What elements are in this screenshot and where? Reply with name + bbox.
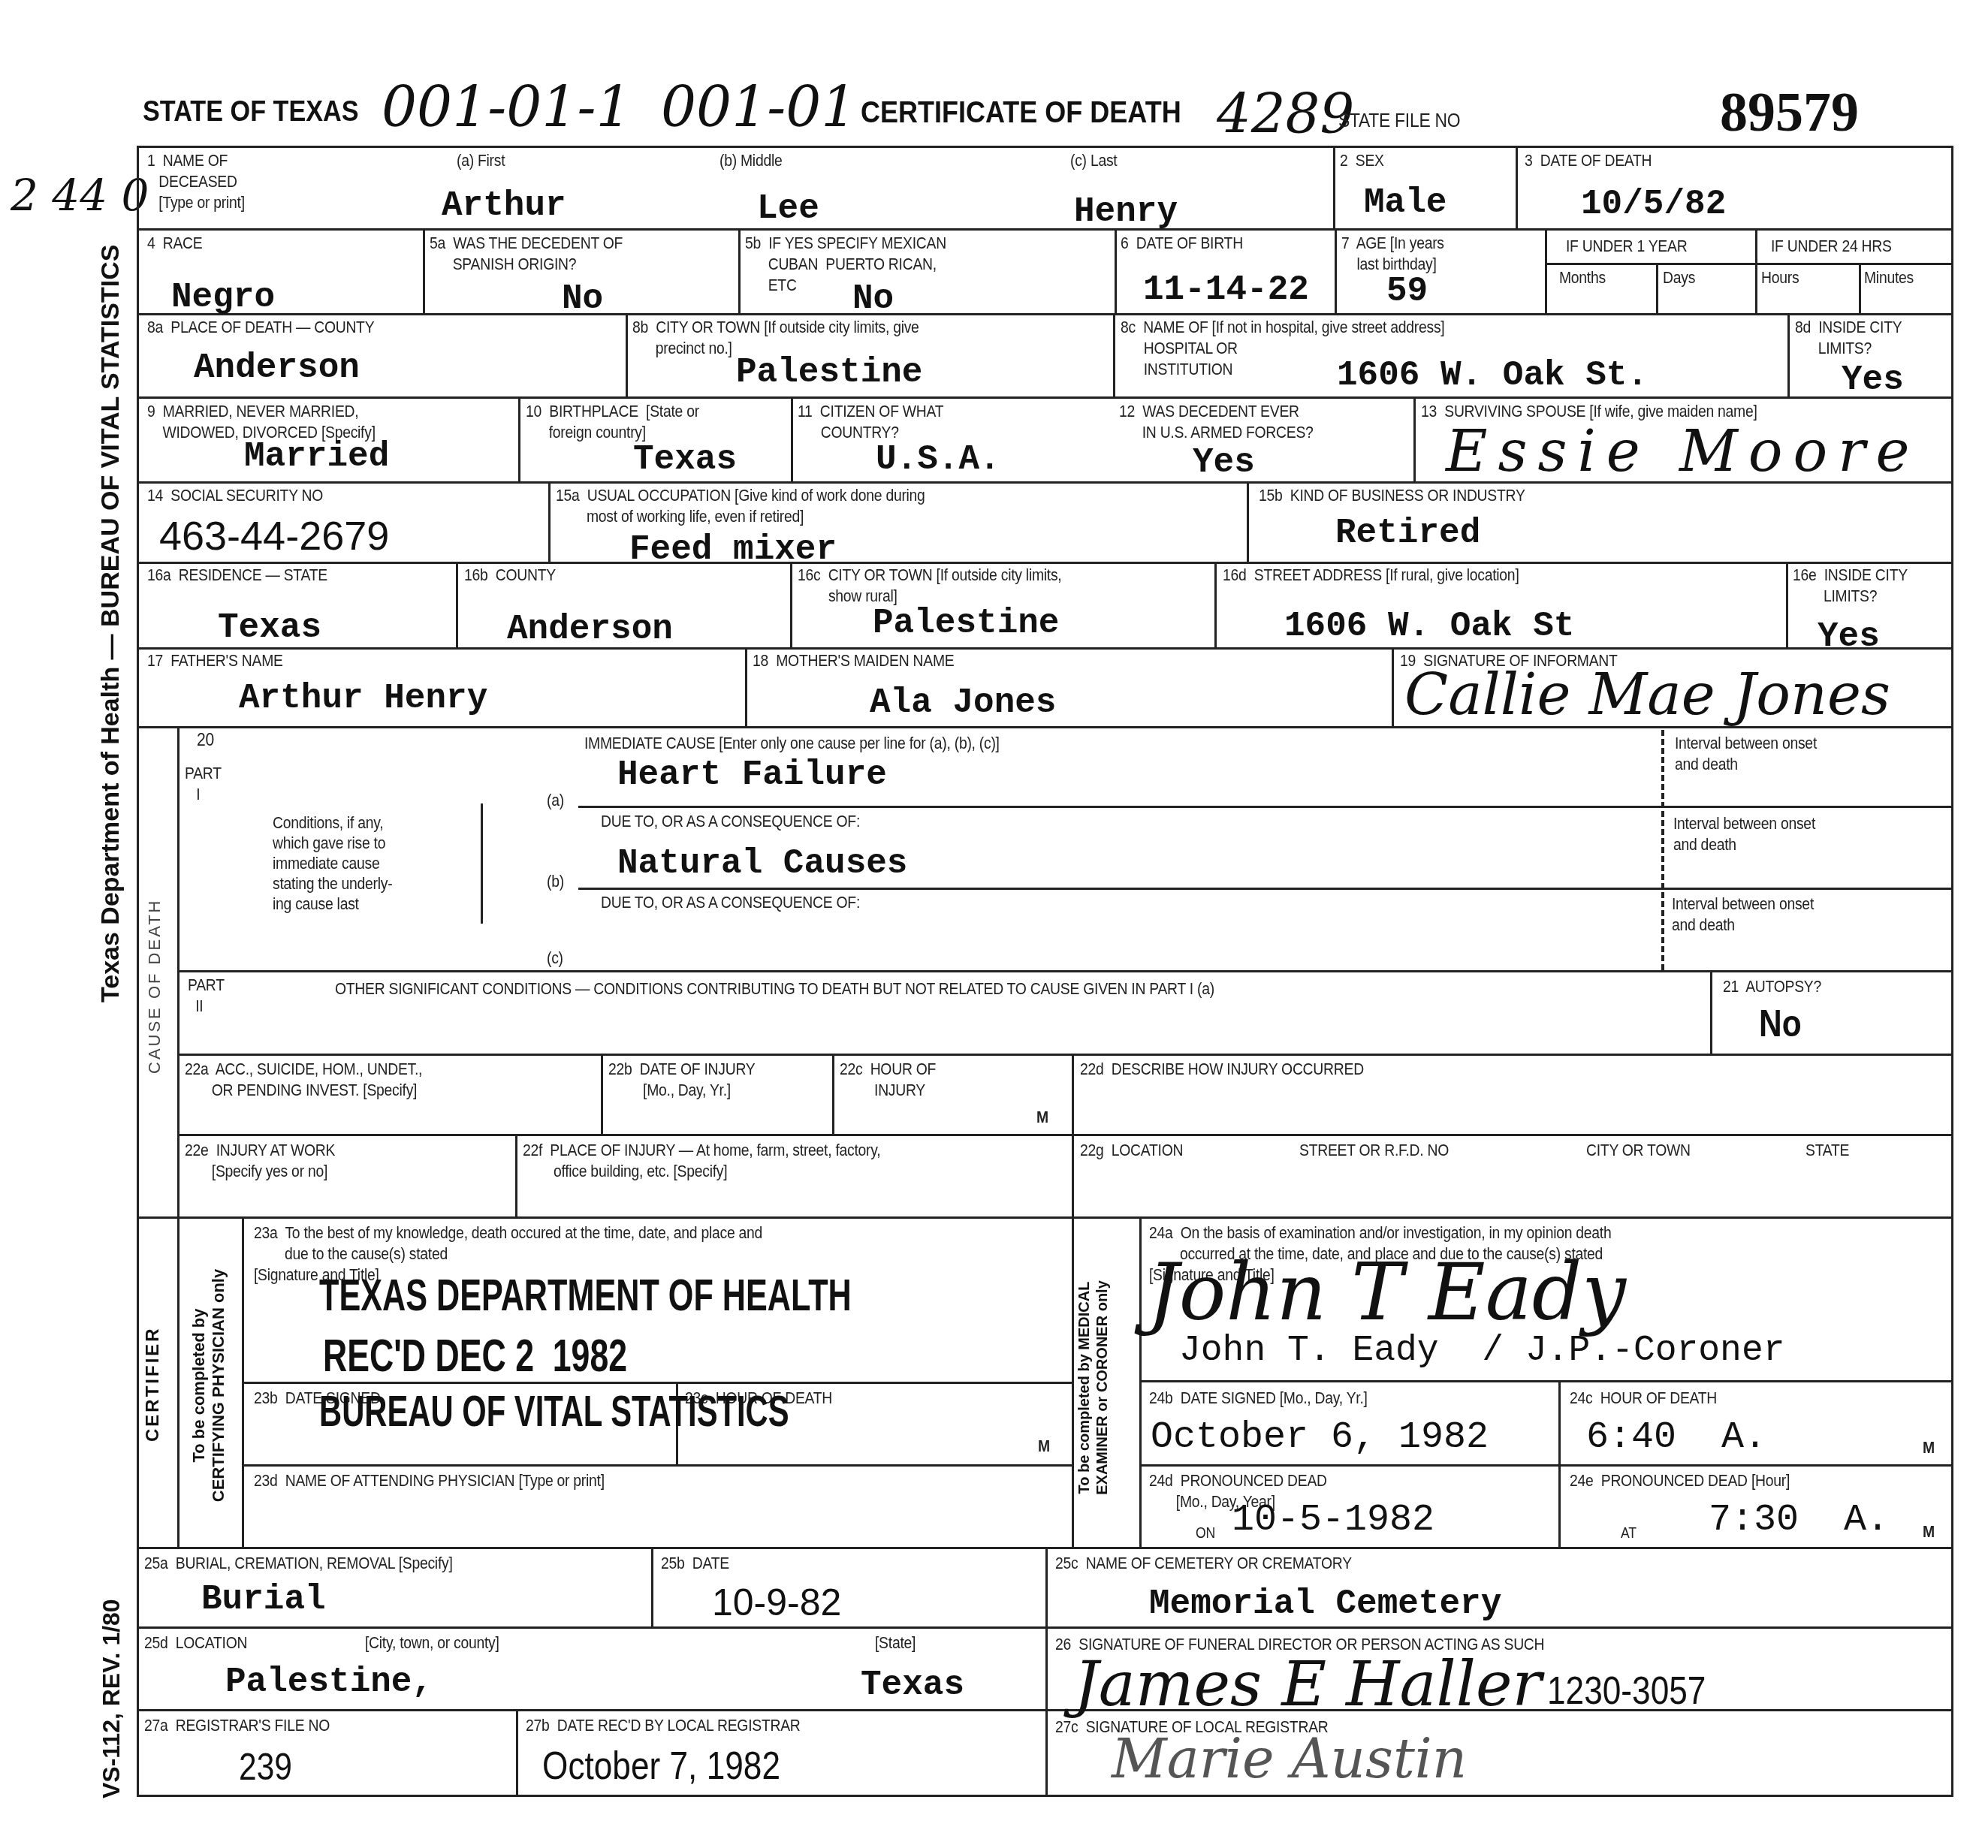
birthplace-value[interactable]: Texas <box>633 440 737 479</box>
coroner-hour-value[interactable]: 6:40 A. <box>1586 1416 1766 1459</box>
cause-b-value[interactable]: Natural Causes <box>617 844 907 883</box>
under-1-year-label: IF UNDER 1 YEAR <box>1566 236 1687 257</box>
county-value[interactable]: Anderson <box>194 348 360 387</box>
handwritten-margin-note: 2 44 0 <box>11 169 71 222</box>
residence-city-value[interactable]: Palestine <box>873 604 1059 643</box>
sex-label: 2 SEX <box>1340 150 1384 171</box>
injury-location-label: 22g LOCATION <box>1080 1140 1183 1161</box>
mother-name-label: 18 MOTHER'S MAIDEN NAME <box>753 650 954 671</box>
handwritten-code-3: 4289 <box>1217 83 1354 146</box>
months-label: Months <box>1559 267 1606 288</box>
birthplace-label: 10 BIRTHPLACE [State or foreign country] <box>526 401 699 443</box>
residence-street-value[interactable]: 1606 W. Oak St <box>1284 607 1574 646</box>
middle-name-label: (b) Middle <box>719 150 782 171</box>
burial-location-state-hint: [State] <box>875 1632 916 1654</box>
registrar-date-value[interactable]: October 7, 1982 <box>542 1744 780 1789</box>
residence-inside-city-label: 16e INSIDE CITY LIMITS? <box>1793 565 1908 607</box>
pronounced-at-label: AT <box>1621 1523 1637 1544</box>
coroner-hour-m-suffix: M <box>1923 1437 1935 1458</box>
cause-b-marker: (b) <box>547 871 564 892</box>
middle-name-value[interactable]: Lee <box>757 189 819 228</box>
disposition-method-value[interactable]: Burial <box>201 1580 326 1619</box>
cause-c-marker: (c) <box>547 948 563 969</box>
mother-name-value[interactable]: Ala Jones <box>870 683 1056 722</box>
armed-forces-value[interactable]: Yes <box>1193 443 1255 482</box>
age-label: 7 AGE [In years last birthday] <box>1341 233 1444 275</box>
immediate-cause-label: IMMEDIATE CAUSE [Enter only one cause pe… <box>584 733 1000 754</box>
business-value[interactable]: Retired <box>1335 514 1480 553</box>
autopsy-value[interactable]: No <box>1759 1002 1802 1045</box>
handwritten-code-2: 001-01 <box>661 75 856 140</box>
burial-location-city-value[interactable]: Palestine, <box>225 1663 433 1702</box>
armed-forces-label: 12 WAS DECEDENT EVER IN U.S. ARMED FORCE… <box>1119 401 1314 443</box>
registrar-file-label: 27a REGISTRAR'S FILE NO <box>144 1715 330 1736</box>
certificate-title: CERTIFICATE OF DEATH <box>861 96 1181 130</box>
residence-inside-city-value[interactable]: Yes <box>1818 617 1880 656</box>
injury-describe-label: 22d DESCRIBE HOW INJURY OCCURRED <box>1080 1059 1364 1080</box>
days-label: Days <box>1663 267 1695 288</box>
occupation-value[interactable]: Feed mixer <box>629 530 837 569</box>
interval-label-a: Interval between onset and death <box>1675 733 1817 775</box>
part-1-label: PART I <box>185 763 222 805</box>
date-of-death-value[interactable]: 10/5/82 <box>1581 185 1726 224</box>
state-heading: STATE OF TEXAS <box>143 96 359 128</box>
handwritten-code-1: 001-01-1 <box>382 75 632 140</box>
spanish-origin-label: 5a WAS THE DECEDENT OF SPANISH ORIGIN? <box>430 233 623 275</box>
minutes-label: Minutes <box>1864 267 1914 288</box>
hospital-value[interactable]: 1606 W. Oak St. <box>1337 356 1648 395</box>
residence-street-label: 16d STREET ADDRESS [If rural, give locat… <box>1223 565 1519 586</box>
coroner-typed-name[interactable]: John T. Eady / J.P.-Coroner <box>1179 1331 1785 1371</box>
physician-only-label: To be completed by CERTIFYING PHYSICIAN … <box>189 1258 228 1513</box>
due-to-label-2: DUE TO, OR AS A CONSEQUENCE OF: <box>601 892 860 913</box>
surviving-spouse-value[interactable]: Essie Moore <box>1446 418 1920 484</box>
pronounced-on-label: ON <box>1196 1523 1215 1544</box>
pronounced-hour-value[interactable]: 7:30 A. <box>1709 1499 1889 1542</box>
physician-hour-m-suffix: M <box>1038 1436 1050 1457</box>
citizenship-label: 11 CITIZEN OF WHAT COUNTRY? <box>798 401 943 443</box>
spanish-origin-value[interactable]: No <box>562 279 603 318</box>
disposition-method-label: 25a BURIAL, CREMATION, REMOVAL [Specify] <box>144 1553 453 1574</box>
disposition-date-label: 25b DATE <box>661 1553 729 1574</box>
pronounced-hour-m-suffix: M <box>1923 1521 1935 1542</box>
business-label: 15b KIND OF BUSINESS OR INDUSTRY <box>1259 485 1525 506</box>
informant-signature: Callie Mae Jones <box>1404 661 1890 728</box>
part-2-label: PART II <box>188 975 225 1017</box>
inside-city-value[interactable]: Yes <box>1842 360 1904 399</box>
residence-state-value[interactable]: Texas <box>218 608 321 647</box>
injury-place-label: 22f PLACE OF INJURY — At home, farm, str… <box>523 1140 880 1182</box>
cause-a-value[interactable]: Heart Failure <box>617 755 887 794</box>
conditions-note: Conditions, if any, which gave rise to i… <box>273 812 392 914</box>
residence-county-label: 16b COUNTY <box>464 565 556 586</box>
city-value[interactable]: Palestine <box>736 353 922 392</box>
race-value[interactable]: Negro <box>171 278 275 317</box>
funeral-director-number: 1230-3057 <box>1547 1669 1706 1714</box>
name-label: 1 NAME OF DECEASED [Type or print] <box>147 150 245 213</box>
last-name-value[interactable]: Henry <box>1074 192 1178 231</box>
last-name-label: (c) Last <box>1070 150 1117 171</box>
manner-label: 22a ACC., SUICIDE, HOM., UNDET., OR PEND… <box>185 1059 422 1101</box>
cemetery-label: 25c NAME OF CEMETERY OR CREMATORY <box>1055 1553 1352 1574</box>
other-conditions-label: OTHER SIGNIFICANT CONDITIONS — CONDITION… <box>335 978 1214 999</box>
residence-county-value[interactable]: Anderson <box>507 610 673 649</box>
spanish-specify-label: 5b IF YES SPECIFY MEXICAN CUBAN PUERTO R… <box>745 233 946 296</box>
inside-city-label: 8d INSIDE CITY LIMITS? <box>1795 317 1902 359</box>
injury-date-label: 22b DATE OF INJURY [Mo., Day, Yr.] <box>608 1059 755 1101</box>
form-id-text: VS-112, REV. 1/80 <box>98 1599 125 1798</box>
registrar-file-value[interactable]: 239 <box>239 1745 292 1789</box>
registrar-date-label: 27b DATE REC'D BY LOCAL REGISTRAR <box>526 1715 801 1736</box>
burial-location-city-hint: [City, town, or county] <box>365 1632 499 1654</box>
funeral-director-signature: James E Haller <box>1074 1649 1542 1720</box>
spanish-specify-value[interactable]: No <box>852 279 894 318</box>
interval-label-b: Interval between onset and death <box>1673 813 1815 855</box>
sex-value[interactable]: Male <box>1364 183 1447 222</box>
received-stamp-line-1: TEXAS DEPARTMENT OF HEALTH <box>319 1269 852 1321</box>
pronounced-hour-label: 24e PRONOUNCED DEAD [Hour] <box>1570 1470 1790 1491</box>
bureau-vertical-text: Texas Department of Health — BUREAU OF V… <box>96 245 125 1002</box>
item-20-label: 20 <box>197 730 214 751</box>
cause-section-label: CAUSE OF DEATH <box>145 898 164 1074</box>
interval-label-c: Interval between onset and death <box>1672 894 1814 936</box>
cemetery-value[interactable]: Memorial Cemetery <box>1149 1584 1501 1623</box>
disposition-date-value[interactable]: 10-9-82 <box>712 1583 841 1622</box>
date-of-death-label: 3 DATE OF DEATH <box>1525 150 1652 171</box>
first-name-label: (a) First <box>457 150 505 171</box>
injury-town-label: CITY OR TOWN <box>1586 1140 1691 1161</box>
coroner-date-signed-label: 24b DATE SIGNED [Mo., Day, Yr.] <box>1149 1388 1368 1409</box>
certifier-section-label: CERTIFIER <box>143 1326 164 1442</box>
injury-at-work-label: 22e INJURY AT WORK [Specify yes or no] <box>185 1140 335 1182</box>
residence-city-label: 16c CITY OR TOWN [If outside city limits… <box>798 565 1061 607</box>
date-of-birth-label: 6 DATE OF BIRTH <box>1121 233 1243 254</box>
coroner-hour-label: 24c HOUR OF DEATH <box>1570 1388 1717 1409</box>
ssn-label: 14 SOCIAL SECURITY NO <box>147 485 323 506</box>
occupation-label: 15a USUAL OCCUPATION [Give kind of work … <box>556 485 925 527</box>
hours-label: Hours <box>1761 267 1799 288</box>
pronounced-date-value[interactable]: 10-5-1982 <box>1232 1499 1434 1542</box>
first-name-value[interactable]: Arthur <box>442 186 566 225</box>
received-stamp-line-3: BUREAU OF VITAL STATISTICS <box>319 1386 789 1436</box>
county-label: 8a PLACE OF DEATH — COUNTY <box>147 317 374 338</box>
received-stamp-line-2: REC'D DEC 2 1982 <box>323 1329 627 1382</box>
father-name-label: 17 FATHER'S NAME <box>147 650 283 671</box>
residence-state-label: 16a RESIDENCE — STATE <box>147 565 327 586</box>
burial-location-state-value[interactable]: Texas <box>861 1666 964 1705</box>
burial-location-label: 25d LOCATION <box>144 1632 247 1654</box>
coroner-only-label: To be completed by MEDICAL EXAMINER or C… <box>1075 1268 1112 1508</box>
due-to-label-1: DUE TO, OR AS A CONSEQUENCE OF: <box>601 811 860 832</box>
date-of-birth-value[interactable]: 11-14-22 <box>1143 270 1309 309</box>
autopsy-label: 21 AUTOPSY? <box>1723 976 1821 997</box>
ssn-value[interactable]: 463-44-2679 <box>159 517 389 556</box>
coroner-date-signed-value[interactable]: October 6, 1982 <box>1151 1416 1489 1459</box>
local-registrar-signature: Marie Austin <box>1112 1727 1467 1790</box>
injury-hour-label: 22c HOUR OF INJURY <box>840 1059 936 1101</box>
under-24-hours-label: IF UNDER 24 HRS <box>1771 236 1892 257</box>
attending-physician-label: 23d NAME OF ATTENDING PHYSICIAN [Type or… <box>254 1470 605 1491</box>
injury-hour-m-suffix: M <box>1036 1107 1048 1128</box>
age-value[interactable]: 59 <box>1386 272 1428 311</box>
injury-street-label: STREET OR R.F.D. NO <box>1299 1140 1449 1161</box>
state-file-number: 89579 <box>1720 81 1859 145</box>
father-name-value[interactable]: Arthur Henry <box>239 679 487 718</box>
coroner-signature: John T Eady <box>1148 1247 1626 1338</box>
marital-status-value[interactable]: Married <box>244 437 389 476</box>
citizenship-value[interactable]: U.S.A. <box>876 440 1000 479</box>
race-label: 4 RACE <box>147 233 202 254</box>
cause-a-marker: (a) <box>547 790 564 811</box>
injury-state-label: STATE <box>1805 1140 1849 1161</box>
state-file-label: STATE FILE NO <box>1338 110 1460 131</box>
